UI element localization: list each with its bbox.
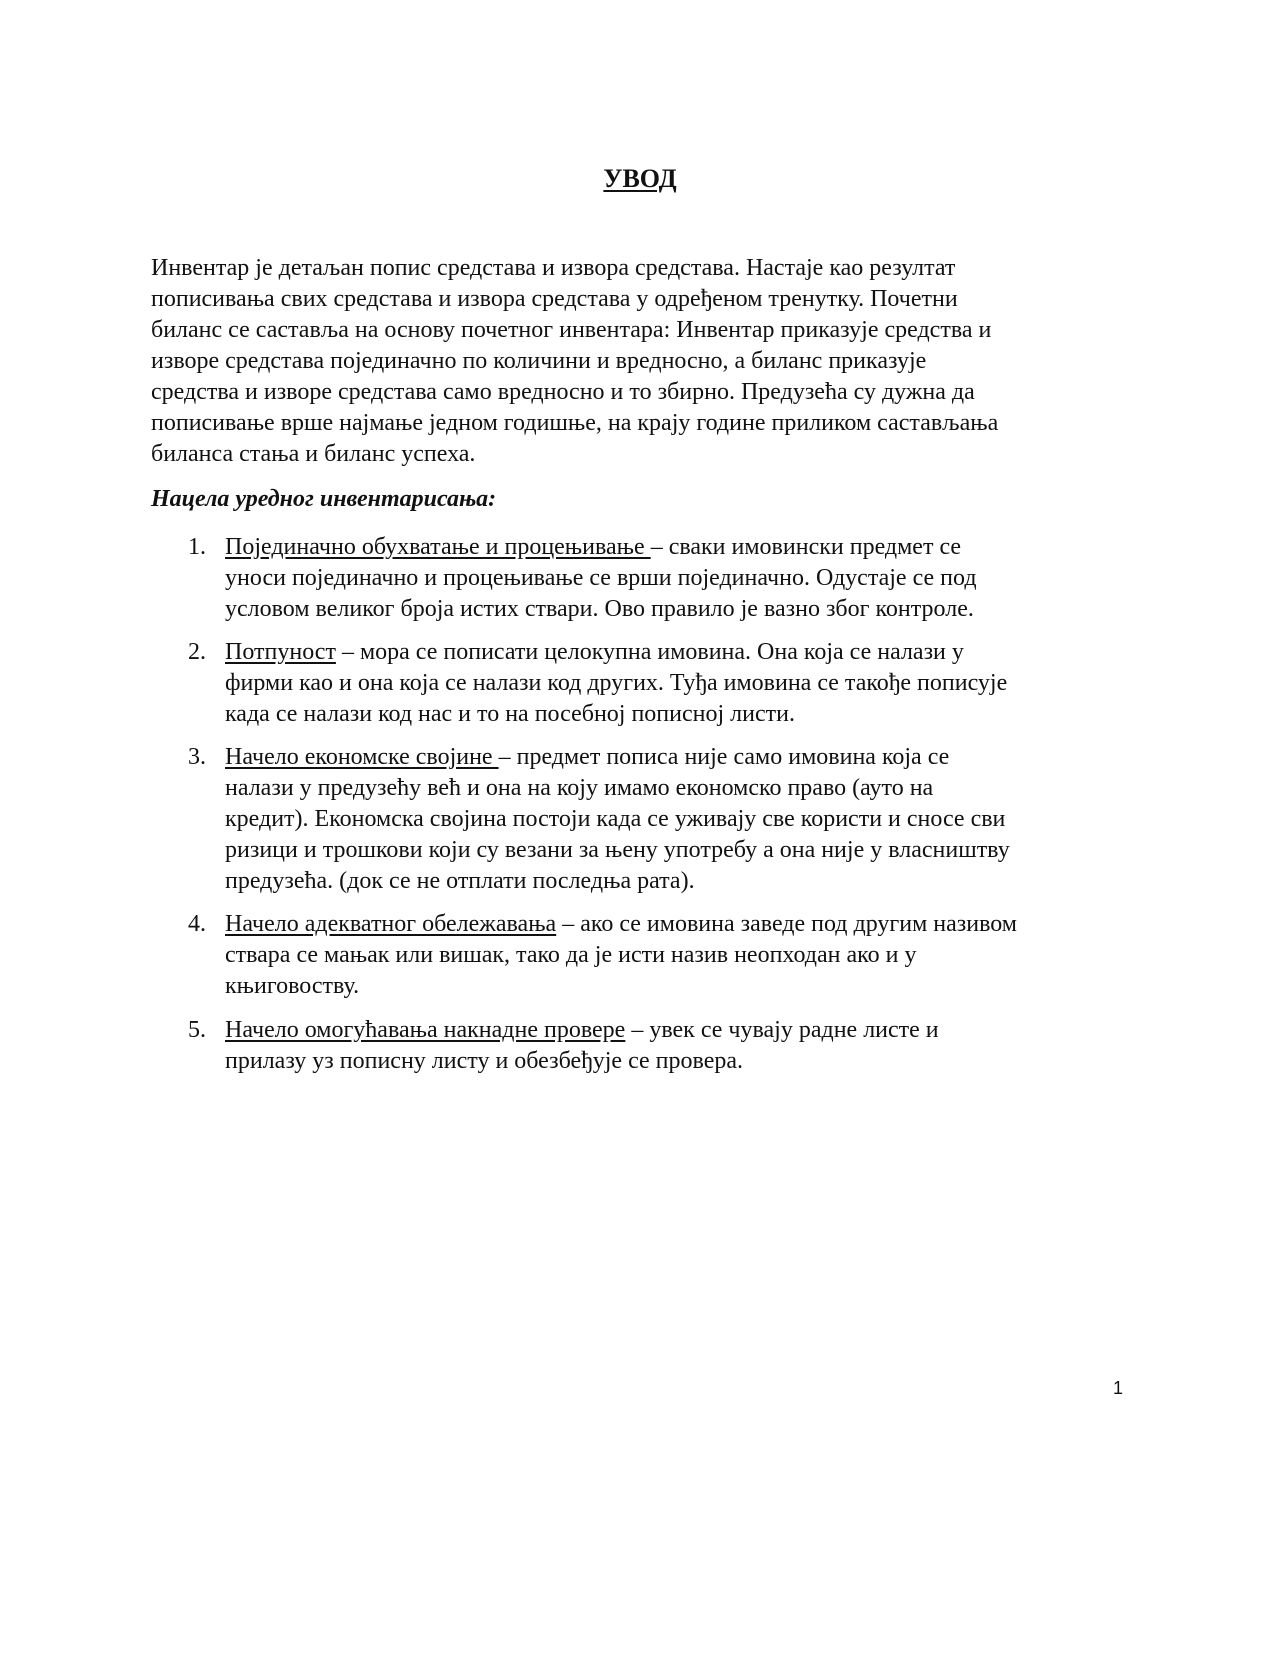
principle-line: прилазу уз пописну листу и обезбеђује се… <box>225 1046 1155 1077</box>
intro-line: биланс се саставља на основу почетног ин… <box>151 315 1141 346</box>
principle-line: књиговоству. <box>225 971 1155 1002</box>
document-page: УВОД Инвентар је детаљан попис средстава… <box>0 0 1280 1656</box>
principle-text: – мора се пописати целокупна имовина. Он… <box>336 639 964 665</box>
intro-line: биланса стања и биланс успеха. <box>151 439 1141 470</box>
principle-term: Начело економске својине <box>225 744 499 770</box>
page-number: 1 <box>1113 1378 1123 1399</box>
principle-text: – ако се имовина заведе под другим назив… <box>556 911 1017 937</box>
list-number: 3. <box>188 742 220 773</box>
list-number: 4. <box>188 909 220 940</box>
principle-term: Потпуност <box>225 639 336 665</box>
principle-term: Начело адекватног обележавања <box>225 911 556 937</box>
intro-line: изворе средстава појединачно по количини… <box>151 346 1141 377</box>
list-item-body: Потпуност – мора се пописати целокупна и… <box>225 637 1155 730</box>
list-number: 2. <box>188 637 220 668</box>
principle-text: – предмет пописа није само имовина која … <box>499 744 950 770</box>
principle-term: Појединачно обухватање и процењивање <box>225 534 651 560</box>
page-title: УВОД <box>0 164 1280 194</box>
list-item-body: Начело економске својине – предмет попис… <box>225 742 1155 897</box>
list-item-body: Начело омогућавања накнадне провере – ув… <box>225 1015 1155 1077</box>
principle-line: фирми као и она која се налази код други… <box>225 668 1155 699</box>
intro-line: пописивање врше најмање једном годишње, … <box>151 408 1141 439</box>
list-item-body: Појединачно обухватање и процењивање – с… <box>225 532 1155 625</box>
principle-line: уноси појединачно и процењивање се врши … <box>225 563 1155 594</box>
principle-line: условом великог броја истих ствари. Ово … <box>225 594 1155 625</box>
principle-line: налази у предузећу већ и она на коју има… <box>225 773 1155 804</box>
principle-line: предузећа. (док се не отплати последња р… <box>225 866 1155 897</box>
list-number: 5. <box>188 1015 220 1046</box>
principle-line: кредит). Економска својина постоји када … <box>225 804 1155 835</box>
intro-paragraph: Инвентар је детаљан попис средстава и из… <box>151 253 1141 470</box>
intro-line: пописивања свих средстава и извора средс… <box>151 284 1141 315</box>
principle-text: – увек се чувају радне листе и <box>625 1017 938 1043</box>
principle-text: – сваки имовински предмет се <box>651 534 961 560</box>
principles-heading: Нацела уредног инвентарисања: <box>151 484 496 515</box>
principle-term: Начело омогућавања накнадне провере <box>225 1017 625 1043</box>
list-item-body: Начело адекватног обележавања – ако се и… <box>225 909 1155 1002</box>
intro-line: Инвентар је детаљан попис средстава и из… <box>151 253 1141 284</box>
list-number: 1. <box>188 532 220 563</box>
principle-line: када се налази код нас и то на посебној … <box>225 699 1155 730</box>
principle-line: ризици и трошкови који су везани за њену… <box>225 835 1155 866</box>
principle-line: ствара се мањак или вишак, тако да је ис… <box>225 940 1155 971</box>
intro-line: средства и изворе средстава само вреднос… <box>151 377 1141 408</box>
